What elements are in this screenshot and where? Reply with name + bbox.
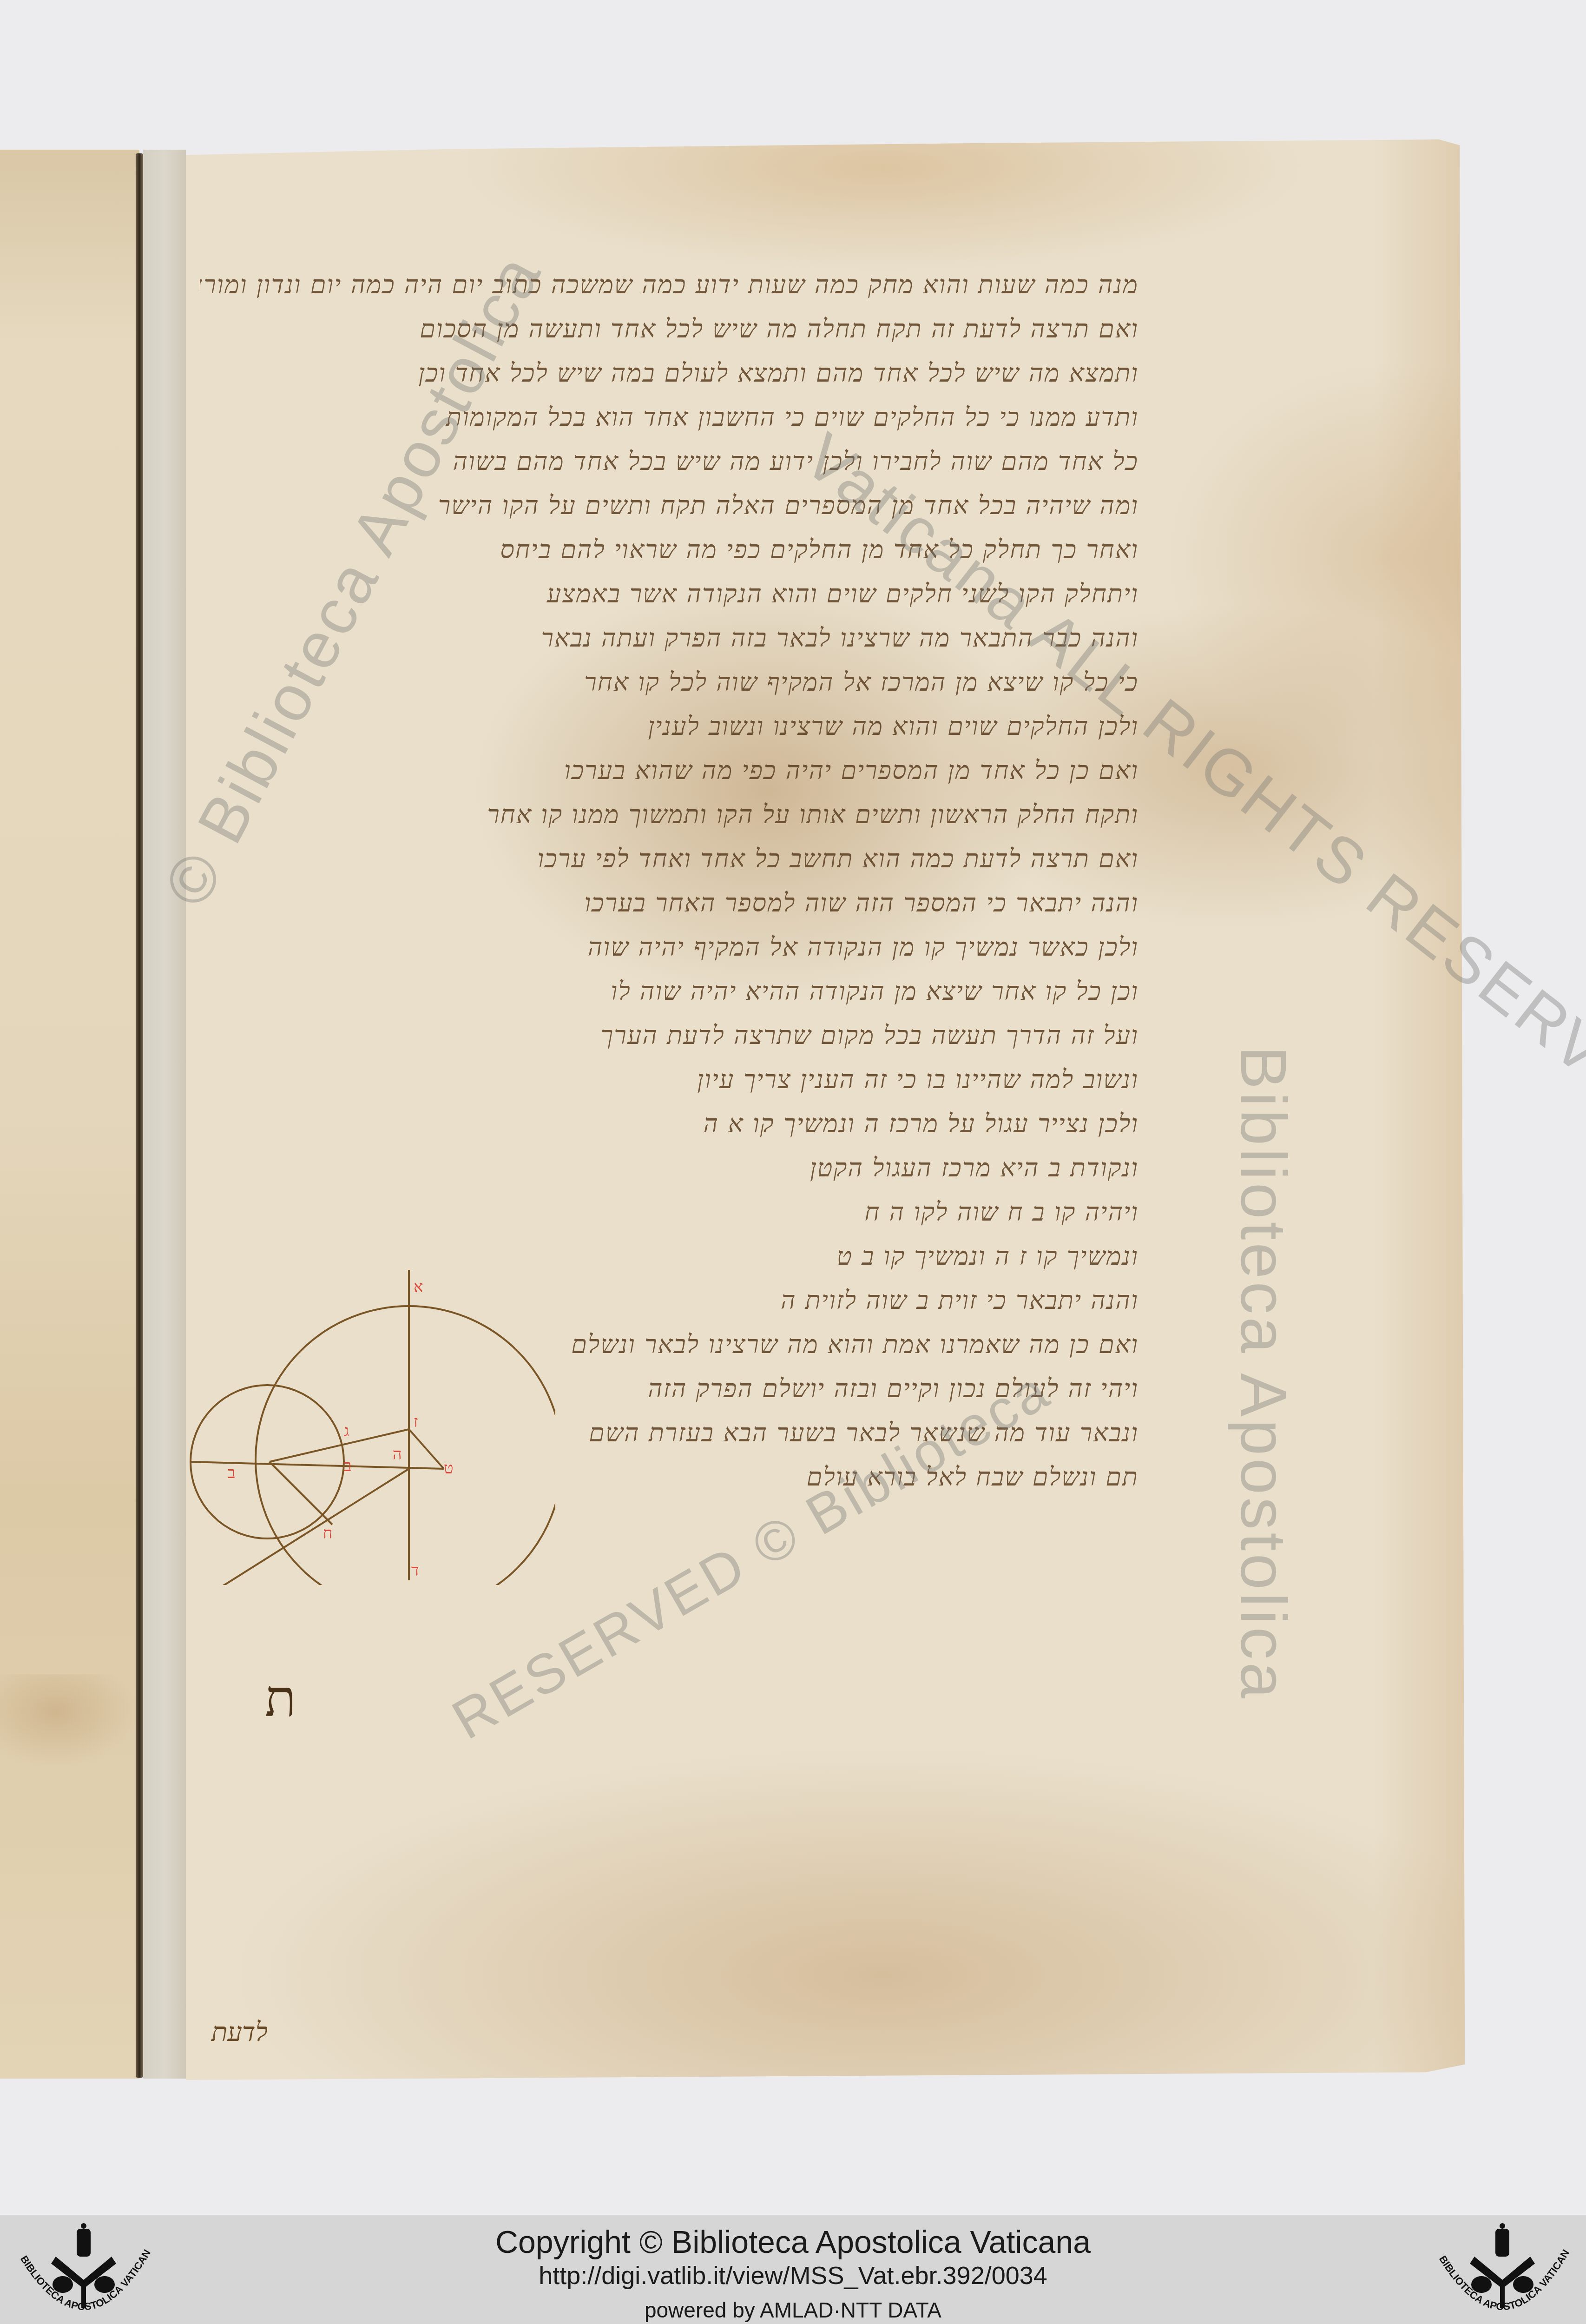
manuscript-line: ונשוב למה שהיינו בו כי זה הענין צריך עיו… [200, 1057, 1138, 1102]
manuscript-line: ואם תרצה לדעת כמה הוא תחשב כל אחד ואחד ל… [200, 837, 1138, 881]
diagram-label: ה [393, 1445, 402, 1464]
manuscript-line: ותקח החלק הראשון ותשים אותו על הקו ותמשו… [200, 792, 1138, 837]
manuscript-line: ומה שיהיה בכל אחד מן המספרים האלה תקח ות… [200, 483, 1138, 528]
manuscript-line-beside-diagram: ונקודת ב היא מרכז העגול הקטן [525, 1146, 1138, 1190]
manuscript-line: מנה כמה שעות והוא מחק כמה שעות ידוע כמה … [200, 263, 1138, 307]
diagram-label: ח [323, 1524, 332, 1543]
diagram-label: ו [195, 1580, 199, 1585]
diagram-label: ט [444, 1459, 454, 1478]
catchword: לדעת [211, 2017, 268, 2047]
geometric-diagram: א ד ב ג ה ז ב ח ט ו [184, 1241, 555, 1585]
manuscript-line: והנה יתבאר כי המספר הזה שוה למספר האחר ב… [200, 881, 1138, 925]
manuscript-line-beside-diagram: ולכן נצייר עגול על מרכז ה ונמשיך קו א ה [525, 1102, 1138, 1146]
diagram-label: ב [228, 1464, 235, 1482]
diagram-label: ד [411, 1561, 419, 1580]
manuscript-line: ואם תרצה לדעת זה תקח תחלה מה שיש לכל אחד… [200, 307, 1138, 351]
scan-viewport: מנה כמה שעות והוא מחק כמה שעות ידוע כמה … [0, 0, 1586, 2215]
manuscript-line: ואם כן כל אחד מן המספרים יהיה כפי מה שהו… [200, 748, 1138, 792]
vatican-library-logo-icon: BIBLIOTECA APOSTOLICA VATICANA [1423, 2219, 1581, 2322]
diagram-label: א [414, 1278, 423, 1296]
diagram-label: ז [414, 1413, 418, 1431]
manuscript-line: ותמצא מה שיש לכל אחד מהם ותמצא לעולם במה… [200, 351, 1138, 395]
manuscript-line: ותדע ממנו כי כל החלקים שוים כי החשבון אח… [200, 395, 1138, 439]
previous-page-edge [0, 150, 139, 2079]
binding-gutter [136, 153, 143, 2078]
triangle [270, 1429, 444, 1469]
copyright-footer: BIBLIOTECA APOSTOLICA VATICANA Copyright… [0, 2215, 1586, 2324]
manuscript-url-link[interactable]: http://digi.vatlib.it/view/MSS_Vat.ebr.3… [0, 2261, 1586, 2290]
diagram-label: ב [344, 1457, 351, 1475]
manuscript-line: כי כל קו שיצא מן המרכז אל המקיף שוה לכל … [200, 660, 1138, 704]
manuscript-line: כל אחד מהם שוה לחבירו ולכן ידוע מה שיש ב… [200, 439, 1138, 483]
manuscript-line: ועל זה הדרך תעשה בכל מקום שתרצה לדעת הער… [200, 1013, 1138, 1057]
manuscript-line: וכן כל קו אחר שיצא מן הנקודה ההיא יהיה ש… [200, 969, 1138, 1013]
binding-strip [143, 150, 186, 2079]
manuscript-line: ויתחלק הקו לשני חלקים שוים והוא הנקודה א… [200, 572, 1138, 616]
manuscript-line: ואחר כך תחלק כל אחד מן החלקים כפי מה שרא… [200, 528, 1138, 572]
manuscript-line: ולכן כאשר נמשיך קו מן הנקודה אל המקיף יה… [200, 925, 1138, 969]
manuscript-line: ולכן החלקים שוים והוא מה שרצינו ונשוב לע… [200, 704, 1138, 748]
manuscript-line-beside-diagram: ויהיה קו ב ח שוה לקו ה ח [525, 1190, 1138, 1234]
manuscript-line: והנה כבר התבאר מה שרצינו לבאר בזה הפרק ו… [200, 616, 1138, 660]
powered-by-text: powered by AMLAD·NTT DATA [0, 2298, 1586, 2323]
copyright-text: Copyright © Biblioteca Apostolica Vatica… [0, 2224, 1586, 2260]
manuscript-line-beside-diagram: ונמשיך קו ז ה ונמשיך קו ב ט [525, 1234, 1138, 1278]
diagonal-line [202, 1469, 409, 1585]
colophon-mark: ת [265, 1669, 296, 1729]
manuscript-line-beside-diagram: והנה יתבאר כי זוית ב שוה לזוית ה [525, 1278, 1138, 1322]
large-circle [256, 1306, 555, 1585]
diagram-label: ג [344, 1422, 349, 1440]
